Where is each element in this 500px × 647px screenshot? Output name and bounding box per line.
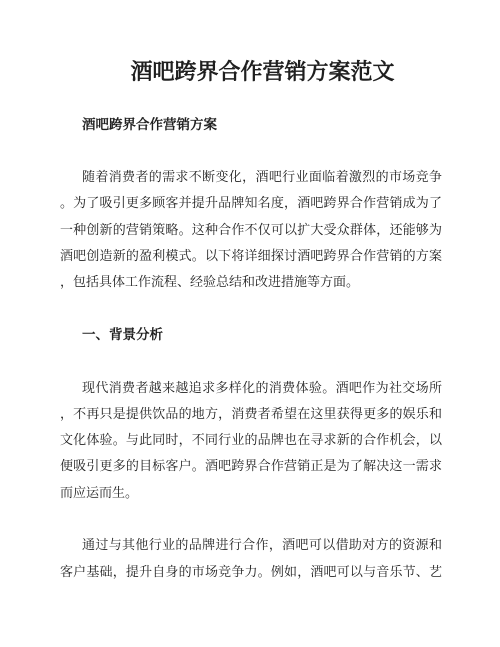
paragraph-line: 酒吧创造新的盈利模式。以下将详细探讨酒吧跨界合作营销的方案 xyxy=(60,243,442,269)
paragraph-line: ，包括具体工作流程、经验总结和改进措施等方面。 xyxy=(60,269,442,295)
blank-line xyxy=(60,348,442,374)
paragraph-intro: 随着消费者的需求不断变化，酒吧行业面临着激烈的市场竞争 。为了吸引更多顾客并提升… xyxy=(60,164,442,295)
blank-line xyxy=(60,296,442,322)
paragraph-line: 通过与其他行业的品牌进行合作，酒吧可以借助对方的资源和 xyxy=(60,532,442,558)
paragraph-line: 文化体验。与此同时，不同行业的品牌也在寻求新的合作机会，以 xyxy=(60,427,442,453)
paragraph-line: 一种创新的营销策略。这种合作不仅可以扩大受众群体，还能够为 xyxy=(60,217,442,243)
blank-line xyxy=(60,506,442,532)
paragraph-line: 现代消费者越来越追求多样化的消费体验。酒吧作为社交场所 xyxy=(60,375,442,401)
paragraph-line: 随着消费者的需求不断变化，酒吧行业面临着激烈的市场竞争 xyxy=(60,164,442,190)
paragraph-background-1: 现代消费者越来越追求多样化的消费体验。酒吧作为社交场所 ，不再只是提供饮品的地方… xyxy=(60,375,442,506)
blank-line xyxy=(60,85,442,111)
paragraph-line: 便吸引更多的目标客户。酒吧跨界合作营销正是为了解决这一需求 xyxy=(60,453,442,479)
paragraph-background-2: 通过与其他行业的品牌进行合作，酒吧可以借助对方的资源和 客户基础，提升自身的市场… xyxy=(60,532,442,585)
section-heading-background-analysis: 一、背景分析 xyxy=(60,322,442,348)
paragraph-line: ，不再只是提供饮品的地方，消费者希望在这里获得更多的娱乐和 xyxy=(60,401,442,427)
document-title: 酒吧跨界合作营销方案范文 xyxy=(60,59,442,85)
paragraph-line: 客户基础，提升自身的市场竞争力。例如，酒吧可以与音乐节、艺 xyxy=(60,559,442,585)
blank-line xyxy=(60,138,442,164)
paragraph-line: 而应运而生。 xyxy=(60,480,442,506)
document-page: 酒吧跨界合作营销方案范文 酒吧跨界合作营销方案 随着消费者的需求不断变化，酒吧行… xyxy=(0,0,500,647)
document-subtitle: 酒吧跨界合作营销方案 xyxy=(60,112,442,138)
paragraph-line: 。为了吸引更多顾客并提升品牌知名度，酒吧跨界合作营销成为了 xyxy=(60,190,442,216)
